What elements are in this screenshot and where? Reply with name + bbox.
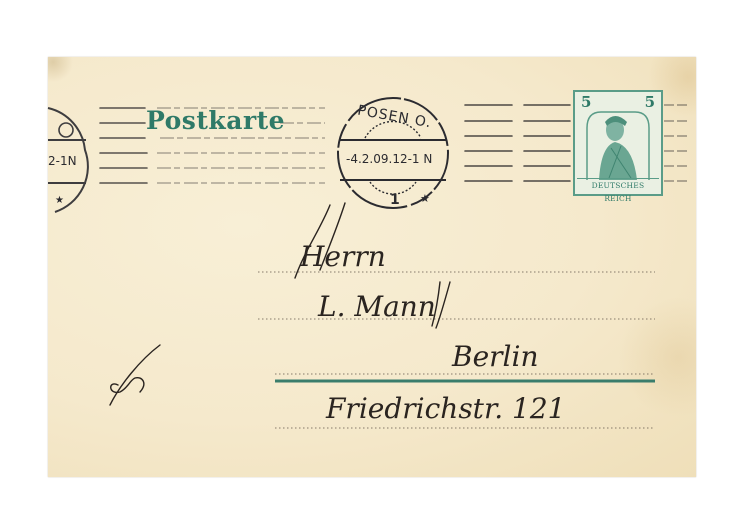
postmark-bottom-number: 1 bbox=[390, 192, 400, 208]
postkarte-title: Postkarte bbox=[146, 106, 285, 135]
address-line-4: Friedrichstr. 121 bbox=[326, 392, 566, 425]
address-line-3: Berlin bbox=[452, 340, 538, 373]
postmark-star-icon: ★ bbox=[420, 192, 430, 205]
partial-postmark-date: 2-1N bbox=[48, 154, 77, 168]
partial-postmark-star-icon: ★ bbox=[55, 195, 64, 206]
postmark-date: -4.2.09.12-1 N bbox=[346, 152, 432, 166]
postage-stamp: 5 5 DEUTSCHES REICH bbox=[573, 90, 663, 196]
stamp-caption: DEUTSCHES REICH bbox=[577, 178, 659, 192]
germania-portrait-icon bbox=[581, 108, 655, 180]
address-line-1: Herrn bbox=[300, 240, 386, 273]
address-line-2: L. Mann bbox=[318, 290, 436, 323]
